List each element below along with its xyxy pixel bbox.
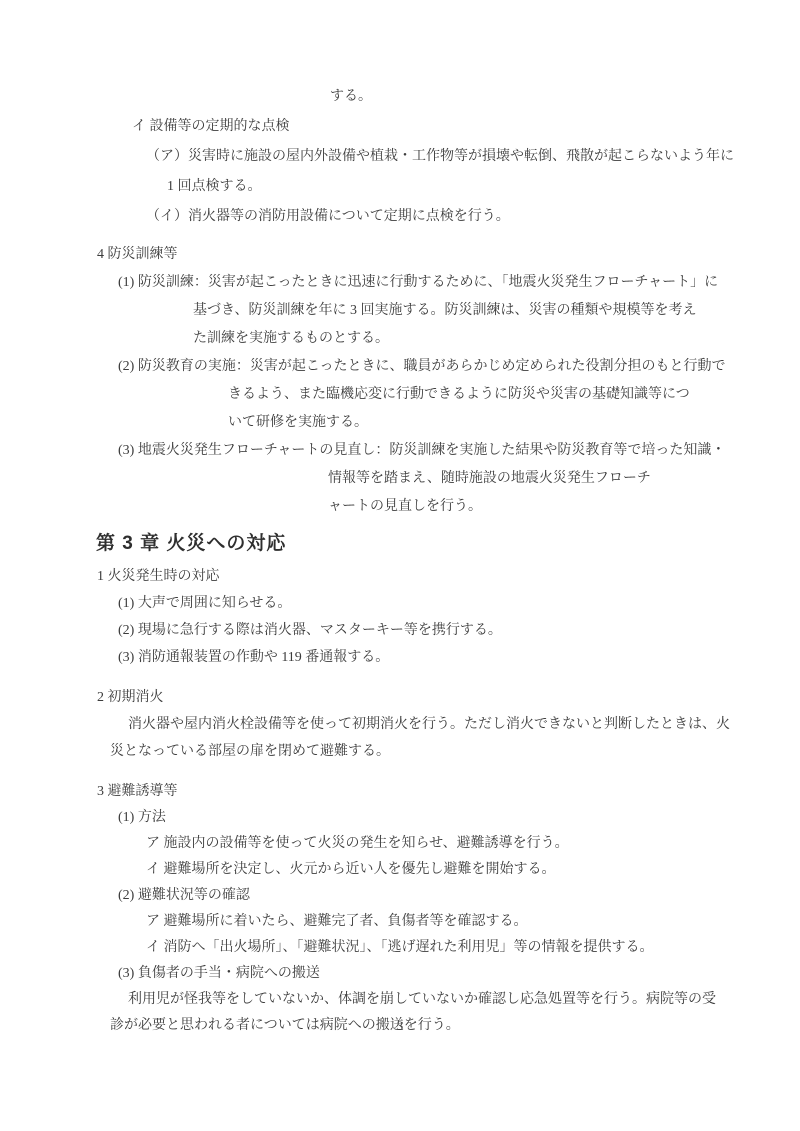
- text-line: 情報等を踏まえ、随時施設の地震火災発生フローチ: [96, 465, 722, 493]
- document-content: する。イ 設備等の定期的な点検（ア）災害時に施設の屋内外設備や植栽・工作物等が損…: [96, 82, 722, 1039]
- text-line: 基づき、防災訓練を年に 3 回実施する。防災訓練は、災害の種類や規模等を考え: [96, 297, 722, 325]
- text-line: 3 避難誘導等: [96, 779, 722, 805]
- text-line: ア 施設内の設備等を使って火災の発生を知らせ、避難誘導を行う。: [96, 831, 722, 857]
- chapter-3-heading: 第 3 章 火災への対応: [96, 527, 722, 561]
- text-line: する。: [96, 82, 722, 112]
- text-line: (1) 防災訓練：災害が起こったときに迅速に行動するために、「地震火災発生フロー…: [96, 269, 722, 297]
- text-line: イ 設備等の定期的な点検: [96, 112, 722, 142]
- text-line: イ 避難場所を決定し、火元から近い人を優先し避難を開始する。: [96, 857, 722, 883]
- document-page: する。イ 設備等の定期的な点検（ア）災害時に施設の屋内外設備や植栽・工作物等が損…: [0, 0, 800, 1131]
- text-line: いて研修を実施する。: [96, 409, 722, 437]
- section-4-disaster-drill-block: 4 防災訓練等(1) 防災訓練：災害が起こったときに迅速に行動するために、「地震…: [96, 241, 722, 521]
- text-line: た訓練を実施するものとする。: [96, 325, 722, 353]
- text-line: 災となっている部屋の扉を閉めて避難する。: [96, 738, 722, 765]
- text-line: (2) 避難状況等の確認: [96, 883, 722, 909]
- text-line: イ 消防へ「出火場所」、「避難状況」、「逃げ遅れた利用児」等の情報を提供する。: [96, 935, 722, 961]
- text-line: 1 火災発生時の対応: [96, 563, 722, 590]
- text-line: 消火器や屋内消火栓設備等を使って初期消火を行う。ただし消火できないと判断したとき…: [96, 711, 722, 738]
- text-line: (2) 現場に急行する際は消火器、マスターキー等を携行する。: [96, 617, 722, 644]
- text-line: 1 回点検する。: [96, 172, 722, 202]
- text-line: きるよう、また臨機応変に行動できるように防災や災害の基礎知識等につ: [96, 381, 722, 409]
- text-line: 2 初期消火: [96, 684, 722, 711]
- text-line: (1) 大声で周囲に知らせる。: [96, 590, 722, 617]
- text-line: (3) 負傷者の手当・病院への搬送: [96, 961, 722, 987]
- text-line: （イ）消火器等の消防用設備について定期に点検を行う。: [96, 202, 722, 232]
- section-3-evacuation-guidance-block: 3 避難誘導等(1) 方法ア 施設内の設備等を使って火災の発生を知らせ、避難誘導…: [96, 779, 722, 1039]
- carryover-inspection-block: する。イ 設備等の定期的な点検（ア）災害時に施設の屋内外設備や植栽・工作物等が損…: [96, 82, 722, 232]
- text-line: （ア）災害時に施設の屋内外設備や植栽・工作物等が損壊や転倒、飛散が起こらないよう…: [96, 142, 722, 172]
- text-line: ャートの見直しを行う。: [96, 493, 722, 521]
- text-line: (3) 地震火災発生フローチャートの見直し：防災訓練を実施した結果や防災教育等で…: [96, 437, 722, 465]
- text-line: 4 防災訓練等: [96, 241, 722, 269]
- section-1-fire-outbreak-block: 1 火災発生時の対応(1) 大声で周囲に知らせる。(2) 現場に急行する際は消火…: [96, 563, 722, 671]
- text-line: (2) 防災教育の実施：災害が起こったときに、職員があらかじめ定められた役割分担…: [96, 353, 722, 381]
- text-line: (3) 消防通報装置の作動や 119 番通報する。: [96, 644, 722, 671]
- chapter-heading-text: 第 3 章 火災への対応: [96, 527, 722, 561]
- text-line: 利用児が怪我等をしていないか、体調を崩していないか確認し応急処置等を行う。病院等…: [96, 987, 722, 1013]
- text-line: (1) 方法: [96, 805, 722, 831]
- section-2-initial-firefighting-block: 2 初期消火消火器や屋内消火栓設備等を使って初期消火を行う。ただし消火できないと…: [96, 684, 722, 765]
- page-number: 3: [0, 1018, 800, 1034]
- text-line: ア 避難場所に着いたら、避難完了者、負傷者等を確認する。: [96, 909, 722, 935]
